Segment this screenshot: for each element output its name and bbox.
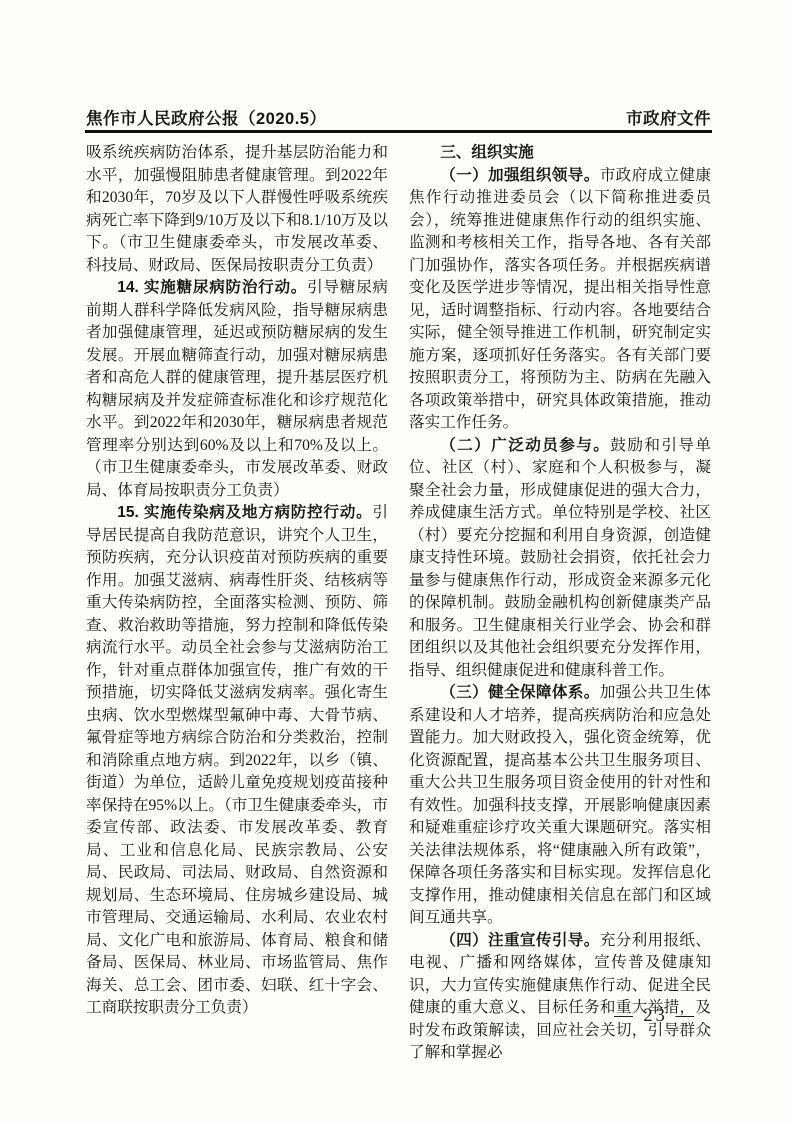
paragraph-text: 引导糖尿病前期人群科学降低发病风险，指导糖尿病患者加强健康管理，延迟或预防糖尿病…	[86, 279, 388, 499]
gazette-page: 焦作市人民政府公报（2020.5） 市政府文件 吸系统疾病防治体系，提升基层防治…	[0, 0, 793, 1122]
header-right-label: 市政府文件	[626, 105, 711, 129]
paragraph-mobilize-participation: （二）广泛动员参与。鼓励和引导单位、社区（村）、家庭和个人积极参与，凝聚全社会力…	[409, 435, 711, 683]
header-rule	[85, 130, 712, 133]
paragraph-lead: 15. 实施传染病及地方病防控行动。	[117, 504, 372, 521]
paragraph-lead: 14. 实施糖尿病防治行动。	[117, 279, 307, 296]
paragraph-lead: （一）加强组织领导。	[440, 167, 600, 184]
page-number: — 23 —	[614, 1006, 697, 1027]
content-columns: 吸系统疾病防治体系，提升基层防治能力和水平，加强慢阻肺患者健康管理。到2022年…	[86, 142, 712, 1065]
paragraph-lead: （三）健全保障体系。	[440, 684, 600, 701]
paragraph-text: 市政府成立健康焦作行动推进委员会（以下简称推进委员会），统筹推进健康焦作行动的组…	[409, 167, 711, 432]
paragraph-support-system: （三）健全保障体系。加强公共卫生体系建设和人才培养，提高疾病防治和应急处置能力。…	[409, 682, 711, 930]
paragraph-strengthen-leadership: （一）加强组织领导。市政府成立健康焦作行动推进委员会（以下简称推进委员会），统筹…	[409, 165, 711, 435]
page-header: 焦作市人民政府公报（2020.5） 市政府文件	[86, 105, 711, 129]
paragraph-text: 鼓励和引导单位、社区（村）、家庭和个人积极参与，凝聚全社会力量，形成健康促进的强…	[409, 437, 711, 679]
paragraph-text: 充分利用报纸、电视、广播和网络媒体，宣传普及健康知识，大力宣传实施健康焦作行动、…	[409, 932, 711, 1062]
paragraph-publicity-guidance: （四）注重宣传引导。充分利用报纸、电视、广播和网络媒体，宣传普及健康知识，大力宣…	[409, 930, 711, 1065]
paragraph-text: 加强公共卫生体系建设和人才培养，提高疾病防治和应急处置能力。加大财政投入，强化资…	[409, 684, 711, 926]
paragraph-respiratory-continuation: 吸系统疾病防治体系，提升基层防治能力和水平，加强慢阻肺患者健康管理。到2022年…	[86, 142, 388, 277]
left-column: 吸系统疾病防治体系，提升基层防治能力和水平，加强慢阻肺患者健康管理。到2022年…	[86, 142, 388, 1065]
paragraph-diabetes-action: 14. 实施糖尿病防治行动。引导糖尿病前期人群科学降低发病风险，指导糖尿病患者加…	[86, 277, 388, 502]
paragraph-lead: （四）注重宣传引导。	[440, 932, 600, 949]
paragraph-text: 引导居民提高自我防范意识，讲究个人卫生，预防疾病，充分认识疫苗对预防疾病的重要作…	[86, 504, 388, 1016]
section-heading-organization: 三、组织实施	[409, 142, 711, 165]
paragraph-lead: （二）广泛动员参与。	[440, 437, 610, 454]
paragraph-infectious-disease-action: 15. 实施传染病及地方病防控行动。引导居民提高自我防范意识，讲究个人卫生，预防…	[86, 502, 388, 1020]
paragraph-text: 吸系统疾病防治体系，提升基层防治能力和水平，加强慢阻肺患者健康管理。到2022年…	[86, 144, 388, 274]
header-left-title: 焦作市人民政府公报（2020.5）	[86, 105, 326, 129]
right-column: 三、组织实施 （一）加强组织领导。市政府成立健康焦作行动推进委员会（以下简称推进…	[409, 142, 711, 1065]
